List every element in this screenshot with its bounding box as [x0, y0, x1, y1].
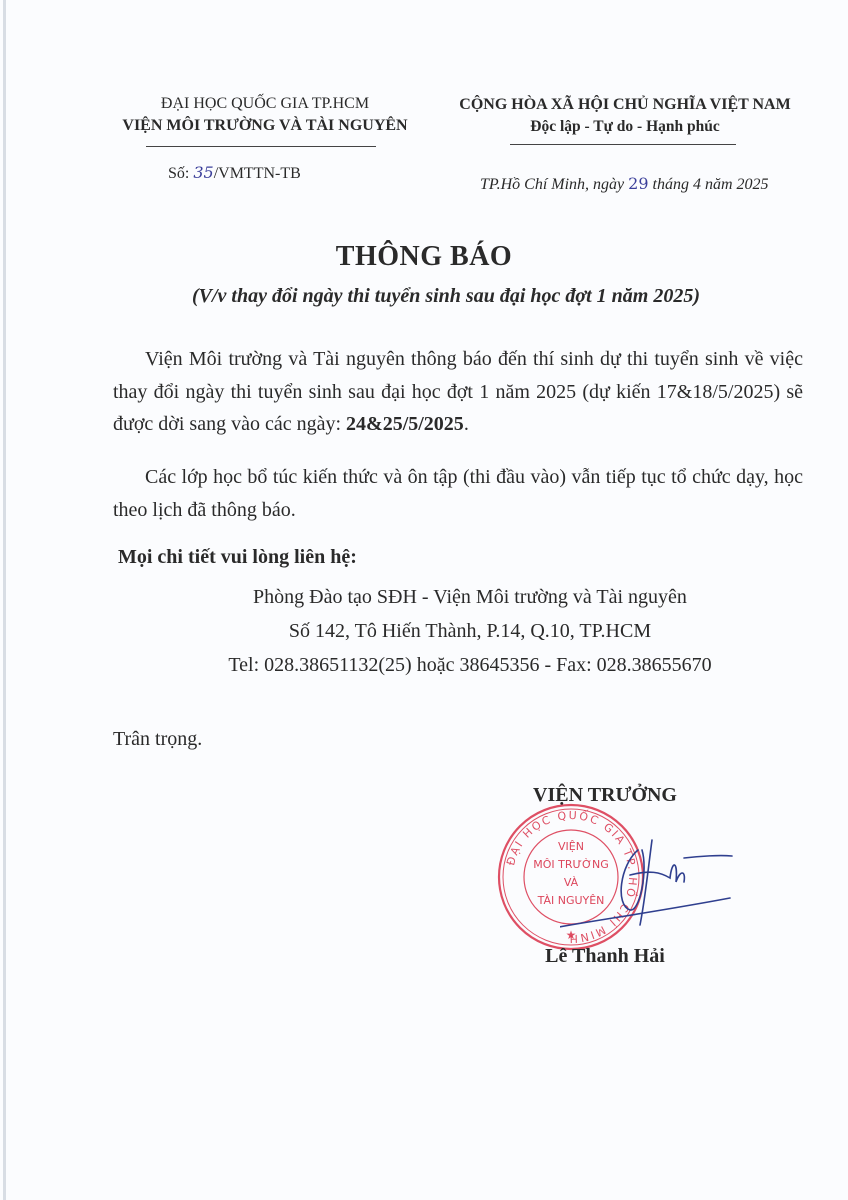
document-subtitle: (V/v thay đổi ngày thi tuyển sinh sau đạ… [0, 285, 848, 308]
place-date-suffix: tháng 4 năm 2025 [649, 176, 769, 193]
doc-number-handwritten: 35 [193, 163, 213, 182]
body-paragraph-1: Viện Môi trường và Tài nguyên thông báo … [113, 343, 803, 441]
contact-department: Phòng Đào tạo SĐH - Viện Môi trường và T… [120, 586, 820, 609]
document-number: Số: 35/VMTTN-TB [168, 163, 301, 183]
organization-name: VIỆN MÔI TRƯỜNG VÀ TÀI NGUYÊN [100, 117, 430, 135]
handwritten-signature-icon [560, 830, 740, 940]
place-and-date: TP.Hồ Chí Minh, ngày 29 tháng 4 năm 2025 [480, 174, 769, 194]
header-right-divider [510, 144, 736, 145]
closing-salutation: Trân trọng. [113, 728, 202, 751]
place-date-prefix: TP.Hồ Chí Minh, ngày [480, 176, 628, 193]
contact-heading: Mọi chi tiết vui lòng liên hệ: [118, 546, 357, 569]
body-paragraph-2: Các lớp học bổ túc kiến thức và ôn tập (… [113, 461, 803, 526]
document-title: THÔNG BÁO [0, 241, 848, 273]
signer-name: Lê Thanh Hải [500, 945, 710, 968]
doc-number-suffix: /VMTTN-TB [214, 165, 301, 182]
national-motto: Độc lập - Tự do - Hạnh phúc [420, 118, 830, 136]
header-left-divider [146, 146, 376, 147]
national-title: CỘNG HÒA XÃ HỘI CHỦ NGHĨA VIỆT NAM [420, 96, 830, 114]
day-handwritten: 29 [628, 174, 648, 193]
contact-phone-fax: Tel: 028.38651132(25) hoặc 38645356 - Fa… [120, 654, 820, 677]
new-exam-dates: 24&25/5/2025 [346, 413, 464, 435]
scan-edge [3, 0, 6, 1200]
contact-address: Số 142, Tô Hiến Thành, P.14, Q.10, TP.HC… [120, 620, 820, 643]
doc-number-prefix: Số: [168, 165, 193, 182]
parent-organization: ĐẠI HỌC QUỐC GIA TP.HCM [100, 95, 430, 113]
para1-end: . [464, 413, 469, 435]
